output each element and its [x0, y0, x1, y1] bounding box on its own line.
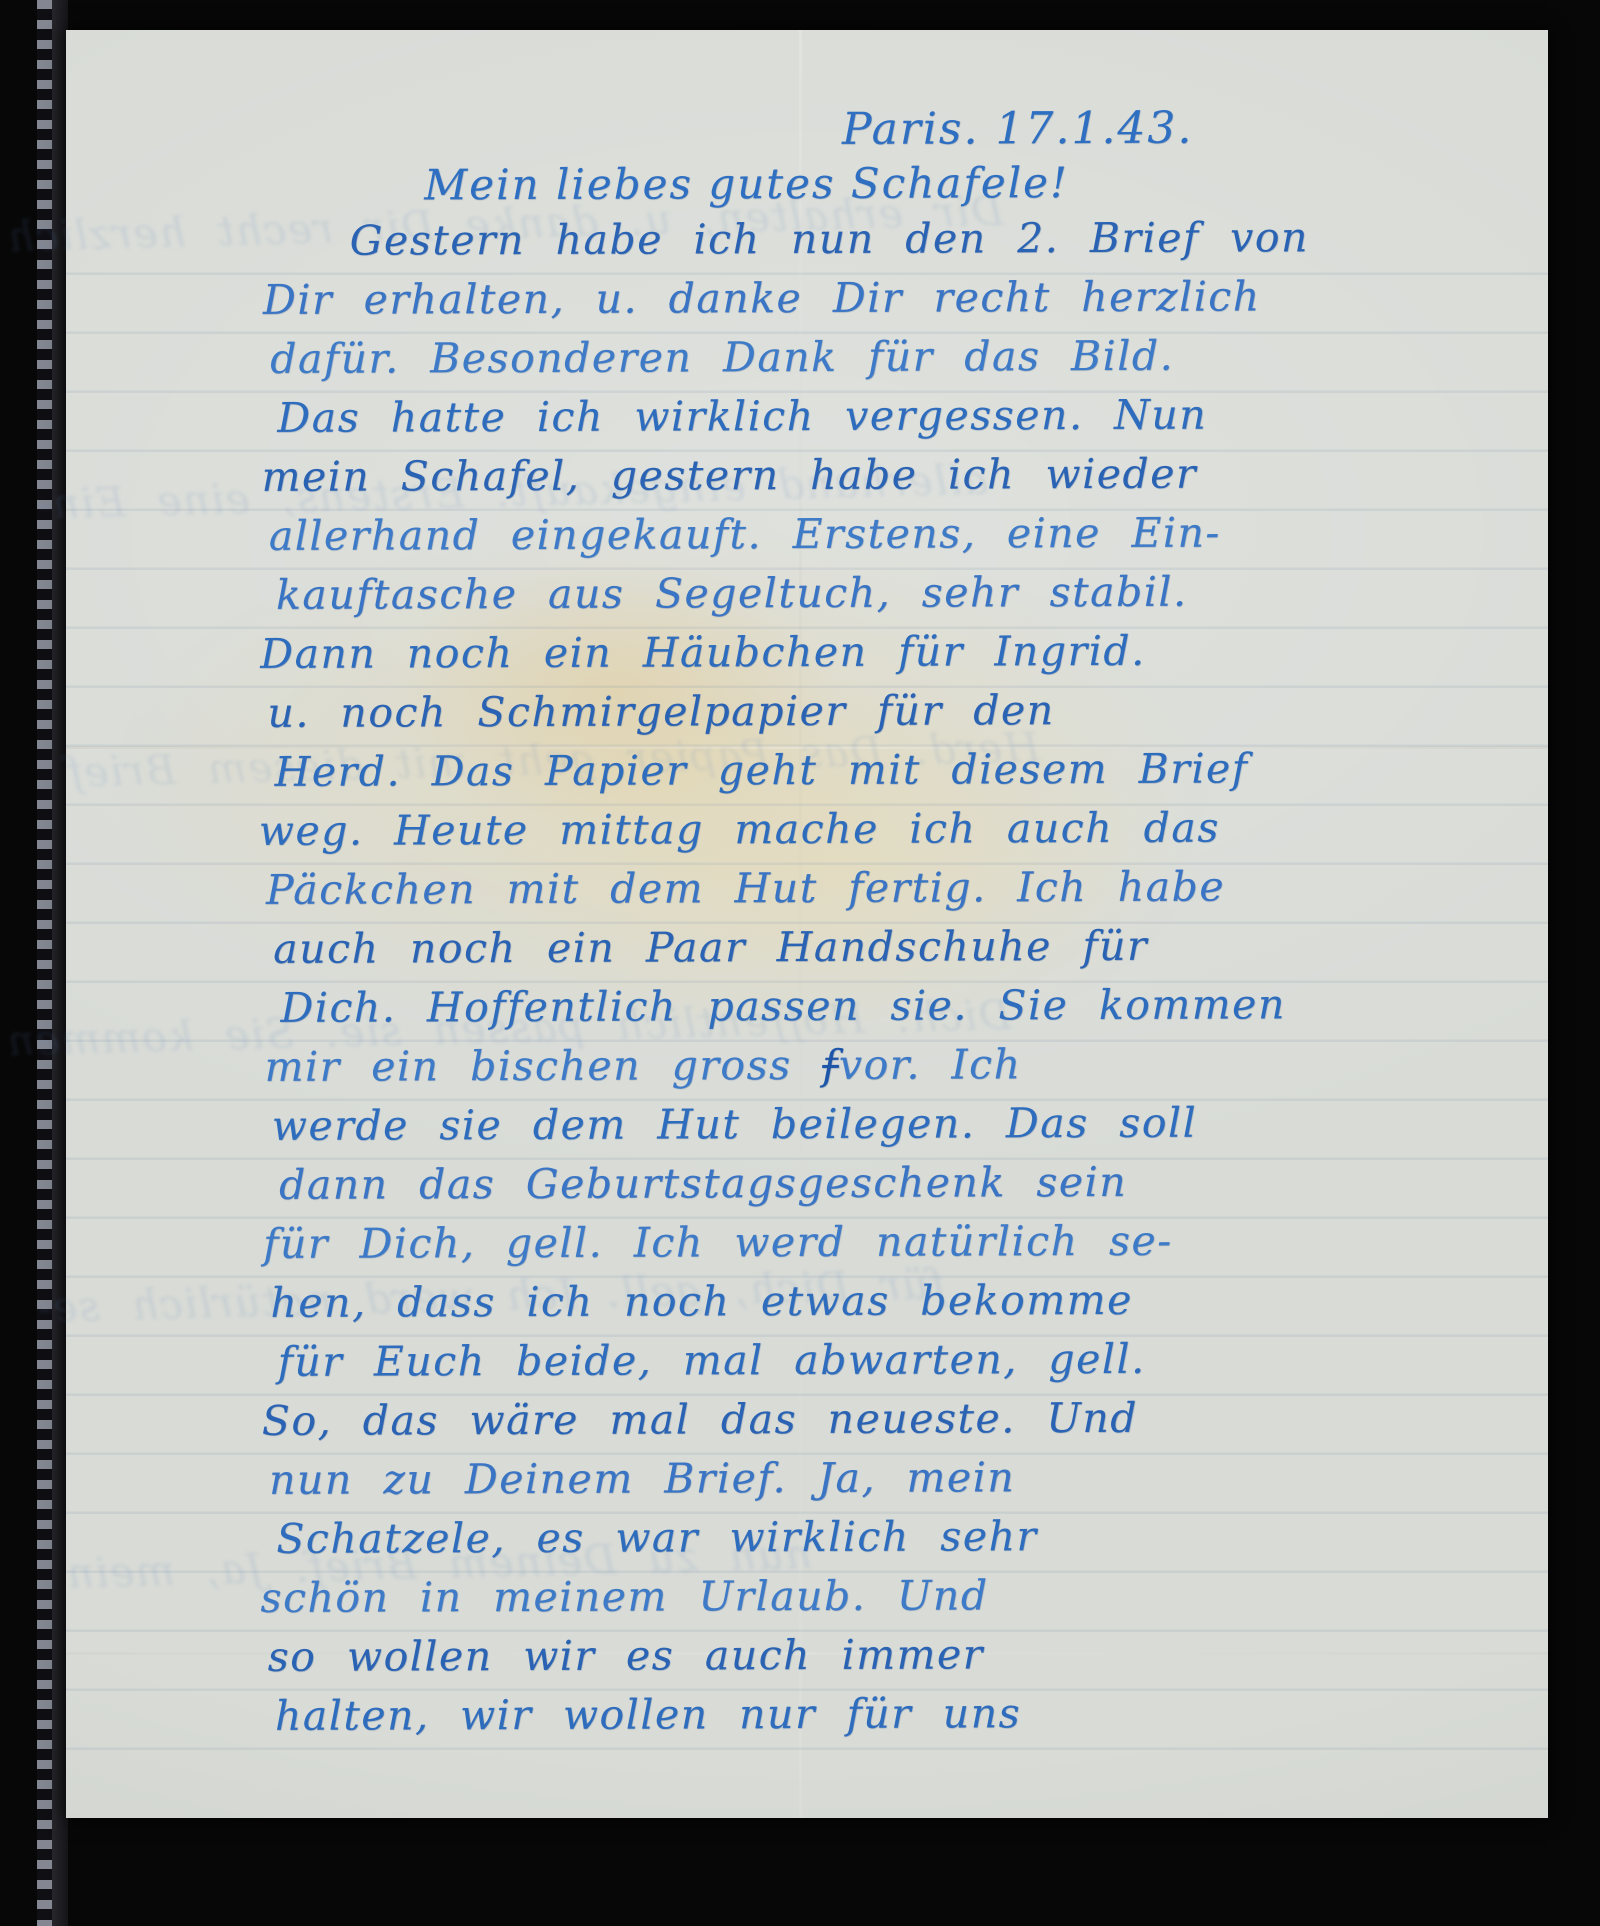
- line-segment: Das hatte ich wirklich vergessen. Nun: [277, 391, 1207, 442]
- letter-line: nun zu Deinem Brief. Ja, mein: [269, 1446, 1550, 1509]
- line-segment: dann das Geburtstagsgeschenk sein: [279, 1158, 1127, 1209]
- letter-line: dann das Geburtstagsgeschenk sein: [279, 1151, 1549, 1214]
- line-segment: u. noch Schmirgelpapier für den: [267, 686, 1054, 737]
- letter-line: hen, dass ich noch etwas bekomme: [270, 1269, 1549, 1332]
- letter-line: schön in meinem Urlaub. Und: [260, 1564, 1550, 1628]
- dateline: Paris. 17.1.43.: [63, 27, 1545, 157]
- line-segment: So, das wäre mal das neueste. Und: [262, 1394, 1138, 1445]
- letter-line: weg. Heute mittag mache ich auch das: [259, 797, 1548, 860]
- letter-line: Dann noch ein Häubchen für Ingrid.: [260, 620, 1547, 683]
- line-segment: dafür. Besonderen Dank für das Bild.: [270, 332, 1174, 383]
- letter-line: Das hatte ich wirklich vergessen. Nun: [277, 384, 1546, 447]
- letter-line: mir ein bischen gross fvor. Ich: [265, 1033, 1549, 1096]
- letter-line: So, das wäre mal das neueste. Und: [262, 1387, 1550, 1450]
- line-segment: für Euch beide, mal abwarten, gell.: [278, 1335, 1146, 1386]
- letter-line: werde sie dem Hut beilegen. Das soll: [272, 1092, 1549, 1155]
- line-segment: nun zu Deinem Brief. Ja, mein: [269, 1453, 1015, 1504]
- letter-line: Päckchen mit dem Hut fertig. Ich habe: [266, 856, 1548, 919]
- line-segment: hen, dass ich noch etwas bekomme: [270, 1276, 1133, 1327]
- letter-line: halten, wir wollen nur für uns: [275, 1682, 1551, 1745]
- line-segment: mein Schafel, gestern habe ich wieder: [261, 450, 1197, 501]
- letter-line: Dir erhalten, u. danke Dir recht herzlic…: [263, 266, 1546, 329]
- line-segment: werde sie dem Hut beilegen. Das soll: [272, 1099, 1198, 1150]
- line-segment: für Dich, gell. Ich werd natürlich se-: [263, 1217, 1173, 1268]
- struck-word: f: [822, 1041, 839, 1089]
- letter-line: für Euch beide, mal abwarten, gell.: [278, 1328, 1550, 1391]
- letter-line: u. noch Schmirgelpapier für den: [267, 679, 1547, 742]
- letter-line: mein Schafel, gestern habe ich wieder: [261, 443, 1546, 506]
- letter-text: Paris. 17.1.43. Mein liebes gutes Schafe…: [63, 27, 1551, 1746]
- line-segment: weg. Heute mittag mache ich auch das: [259, 804, 1220, 855]
- salutation: Mein liebes gutes Schafele!: [5, 157, 1487, 211]
- letter-line: Schatzele, es war wirklich sehr: [276, 1505, 1550, 1568]
- line-segment: so wollen wir es auch immer: [268, 1630, 984, 1680]
- line-segment: mir ein bischen gross: [265, 1041, 823, 1091]
- letter-line: kauftasche aus Segeltuch, sehr stabil.: [276, 561, 1547, 624]
- letter-page: Dir erhalten, u. danke Dir recht herzlic…: [66, 30, 1548, 1818]
- letter-line: Dich. Hoffentlich passen sie. Sie kommen: [280, 974, 1548, 1037]
- line-segment: Herd. Das Papier geht mit diesem Brief: [275, 744, 1249, 795]
- line-segment: Päckchen mit dem Hut fertig. Ich habe: [266, 863, 1225, 914]
- line-segment: kauftasche aus Segeltuch, sehr stabil.: [276, 568, 1188, 619]
- letter-line: so wollen wir es auch immer: [268, 1623, 1551, 1686]
- line-segment: allerhand eingekauft. Erstens, eine Ein-: [269, 509, 1221, 560]
- photo-backdrop: Dir erhalten, u. danke Dir recht herzlic…: [0, 0, 1600, 1926]
- line-segment: auch noch ein Paar Handschuhe für: [273, 922, 1148, 973]
- letter-line: für Dich, gell. Ich werd natürlich se-: [263, 1210, 1549, 1273]
- line-segment: Schatzele, es war wirklich sehr: [276, 1512, 1037, 1563]
- sleeve-binding-strip: [37, 0, 52, 1926]
- line-segment: Gestern habe ich nun den 2. Brief von: [350, 213, 1309, 264]
- line-segment: vor. Ich: [839, 1040, 1022, 1089]
- letter-line: allerhand eingekauft. Erstens, eine Ein-: [269, 502, 1547, 565]
- line-segment: Dich. Hoffentlich passen sie. Sie kommen: [280, 980, 1286, 1032]
- letter-body: Gestern habe ich nun den 2. Brief vonDir…: [64, 207, 1551, 1746]
- letter-line: auch noch ein Paar Handschuhe für: [273, 915, 1548, 978]
- line-segment: Dann noch ein Häubchen für Ingrid.: [260, 627, 1146, 678]
- line-segment: halten, wir wollen nur für uns: [275, 1689, 1021, 1740]
- line-segment: schön in meinem Urlaub. Und: [260, 1571, 988, 1622]
- letter-line: Herd. Das Papier geht mit diesem Brief: [274, 738, 1547, 801]
- letter-line: dafür. Besonderen Dank für das Bild.: [270, 325, 1546, 388]
- letter-line: Gestern habe ich nun den 2. Brief von: [256, 207, 1546, 271]
- line-segment: Dir erhalten, u. danke Dir recht herzlic…: [263, 272, 1261, 323]
